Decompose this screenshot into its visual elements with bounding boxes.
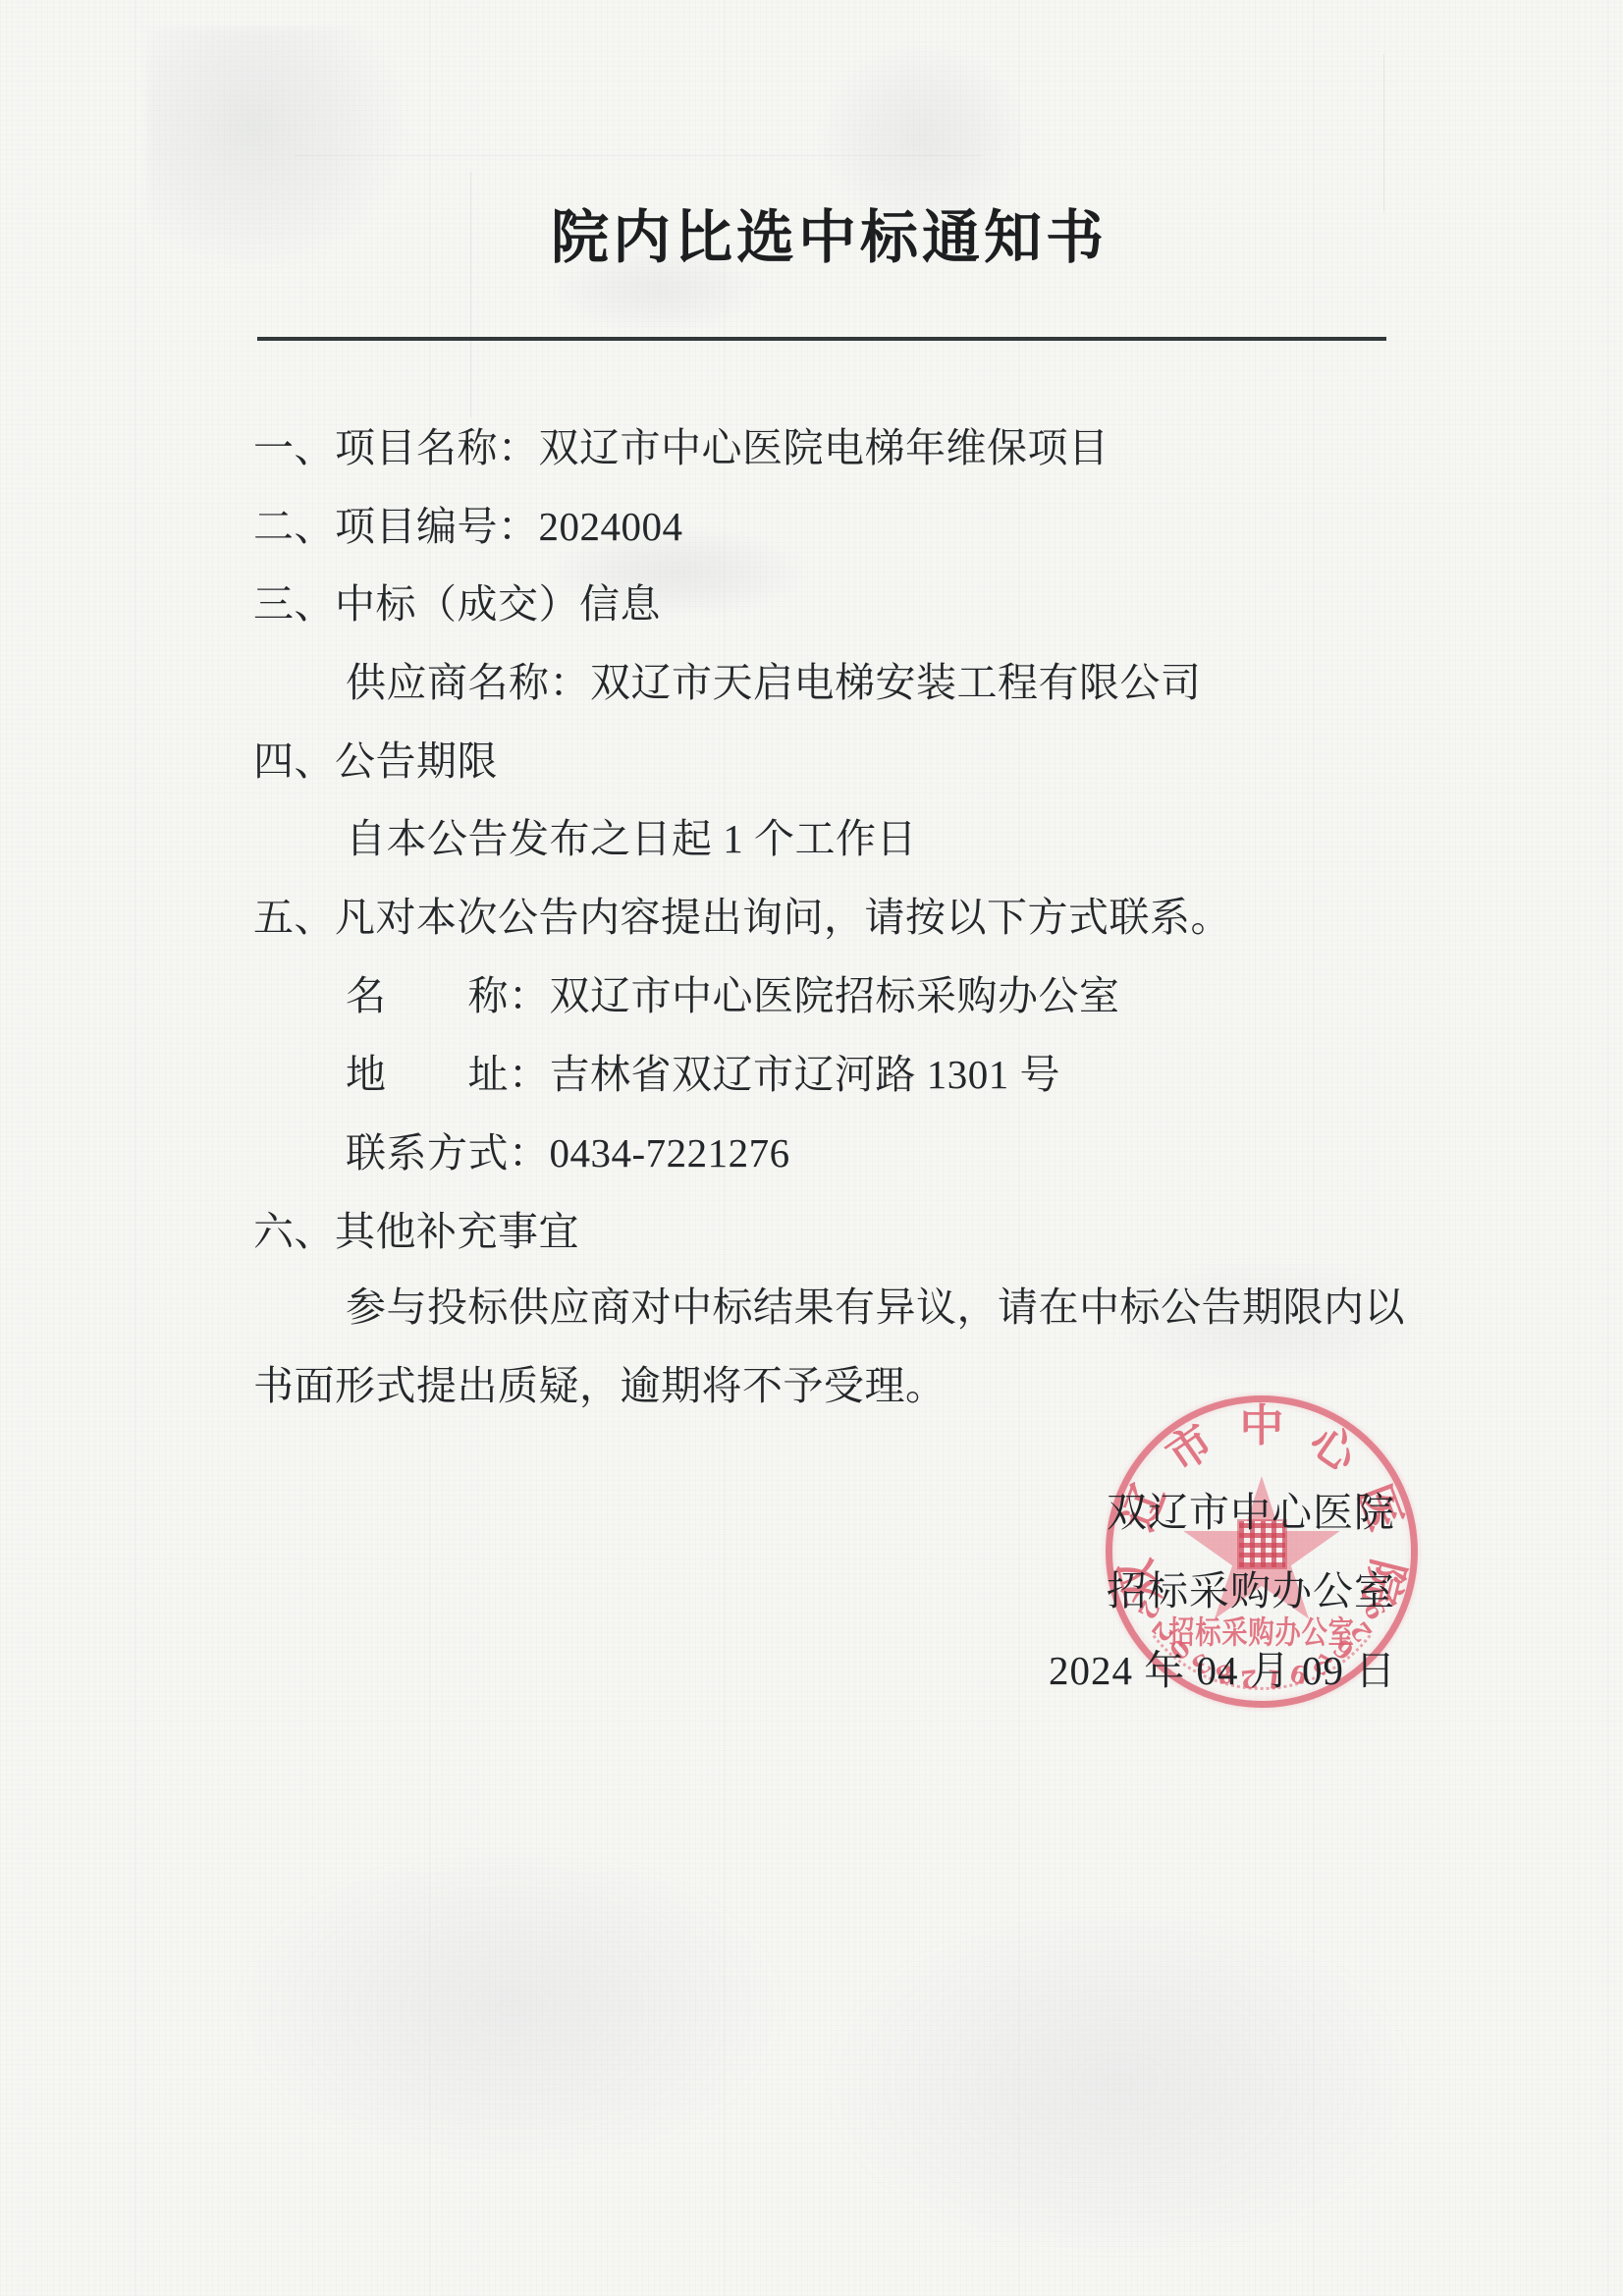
supplementary-heading: 六、其他补充事宜 [253, 1207, 579, 1256]
signature-org-line-1: 双辽市中心医院 [1107, 1488, 1395, 1537]
inquiry-instruction-line: 五、凡对本次公告内容提出询问，请按以下方式联系。 [253, 893, 1231, 942]
award-info-heading: 三、中标（成交）信息 [253, 579, 661, 629]
scan-artifact-line [295, 155, 982, 156]
document-title: 院内比选中标通知书 [0, 191, 1623, 274]
contact-address-line: 地 址：吉林省双辽市辽河路 1301 号 [346, 1050, 1060, 1099]
title-divider-rule [257, 337, 1386, 341]
scan-artifact-line [1383, 54, 1384, 211]
signature-org-line-2: 招标采购办公室 [1107, 1566, 1395, 1615]
objection-paragraph-line-1: 参与投标供应商对中标结果有异议，请在中标公告期限内以 [346, 1283, 1405, 1332]
scan-noise-texture [0, 0, 1623, 2296]
contact-name-line: 名 称：双辽市中心医院招标采购办公室 [346, 971, 1120, 1020]
objection-paragraph-line-2: 书面形式提出质疑，逾期将不予受理。 [253, 1361, 947, 1410]
contact-phone-line: 联系方式：0434-7221276 [346, 1128, 790, 1177]
project-number-line: 二、项目编号：2024004 [253, 502, 683, 551]
announcement-period-line: 自本公告发布之日起 1 个工作日 [346, 814, 917, 863]
project-name-line: 一、项目名称：双辽市中心医院电梯年维保项目 [253, 423, 1109, 472]
signature-date: 2024 年 04 月 09 日 [1049, 1646, 1396, 1695]
announcement-period-heading: 四、公告期限 [253, 737, 498, 786]
supplier-name-line: 供应商名称：双辽市天启电梯安装工程有限公司 [346, 658, 1202, 707]
scan-smudge [825, 1905, 1414, 2259]
scanned-document-page: 院内比选中标通知书 一、项目名称：双辽市中心医院电梯年维保项目 二、项目编号：2… [0, 0, 1623, 2296]
scan-smudge [236, 1846, 785, 2170]
